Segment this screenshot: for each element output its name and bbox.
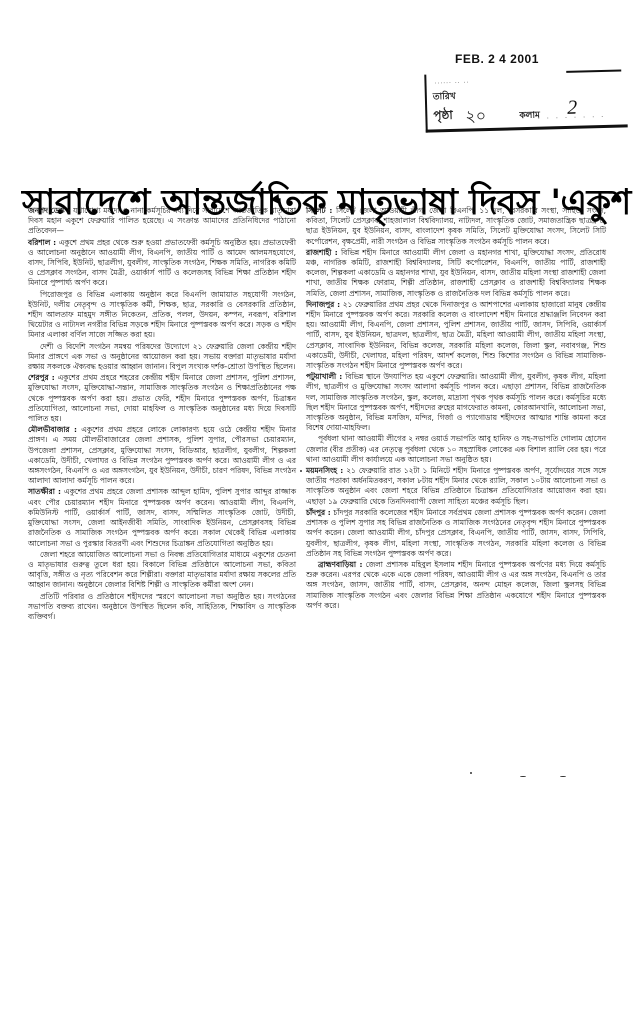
paragraph-dateline: মৌলভীবাজার :	[28, 425, 77, 434]
article-paragraph: পটুয়াখালী : বিভিন্ন স্থানে উদযাপিত হয় …	[306, 372, 606, 433]
paragraph-dateline: সাতক্ষীরা :	[28, 487, 61, 496]
paragraph-text: একুশের প্রথম প্রহরে জেলা প্রশাসক আব্দুল …	[28, 487, 296, 547]
paragraph-dateline: ময়মনসিংহ :	[306, 466, 343, 475]
article-paragraph: জনপদ ডেস্ক : যথাযোগ্য মর্যাদা ও নানা কর্…	[28, 206, 296, 237]
paragraph-text: ২১ ফেব্রুয়ারির প্রথম প্রহর থেকে দিনাজপু…	[306, 300, 606, 370]
paragraph-dateline: জনপদ ডেস্ক :	[28, 206, 70, 215]
reference-header-text: ...... .. ..	[434, 77, 469, 85]
paragraph-dateline: রাজশাহী :	[306, 248, 338, 257]
article-column-right: সিলেট : সিলেট জেলা আওয়ামী লীগ, জেলা বিএ…	[306, 206, 606, 612]
article-paragraph: দিনাজপুর : ২১ ফেব্রুয়ারির প্রথম প্রহর থ…	[306, 300, 606, 371]
paragraph-text: পূর্বধলা থানা আওয়ামী লীগের ২ নম্বর ওয়া…	[306, 434, 606, 463]
reference-underline	[566, 69, 621, 72]
paragraph-text: ২১ ফেব্রুয়ারি রাত ১২টা ১ মিনিটে শহীদ মি…	[306, 466, 606, 506]
reference-page-label: পৃষ্ঠা	[433, 107, 453, 128]
article-paragraph: জেলা শহরে আয়োজিত আলোচনা সভা ও নিবন্ধ প্…	[28, 550, 296, 591]
article-paragraph: পিরোজপুর ও বিভিন্ন এলাকায় অনুষ্ঠান করে …	[28, 290, 296, 341]
reference-date-label: তারিখ	[433, 89, 456, 105]
paragraph-text: একুশের প্রথম প্রহরে শহরের কেন্দ্রীয় শহী…	[28, 373, 296, 423]
article-paragraph: প্রতিটি পরিবার ও প্রতিষ্ঠানে শহীদদের স্ম…	[28, 592, 296, 623]
article-paragraph: মৌলভীবাজার : একুশের প্রথম প্রহরে লোকে লো…	[28, 425, 296, 486]
received-date-stamp: FEB. 2 4 2001	[455, 52, 539, 66]
article-paragraph: ব্রাহ্মণবাড়িয়া : জেলা প্রশাসক মহিবুল ই…	[306, 560, 606, 611]
article-paragraph: চাঁদপুর : চাঁদপুর সরকারি কলেজের শহীদ মিন…	[306, 508, 606, 559]
scan-speck	[300, 470, 302, 472]
paragraph-text: প্রতিটি পরিবার ও প্রতিষ্ঠানে শহীদদের স্ম…	[28, 592, 296, 621]
paragraph-text: সিলেট জেলা আওয়ামী লীগ, জেলা বিএনপি, ১১ …	[306, 206, 606, 246]
paragraph-text: একুশের প্রথম প্রহরে লোকে লোকারণ্য হয়ে ও…	[28, 425, 296, 485]
paragraph-text: চাঁদপুর সরকারি কলেজের শহীদ মিনারে সর্বপ্…	[306, 508, 606, 558]
paragraph-dateline: দিনাজপুর :	[306, 300, 340, 309]
article-paragraph: সাতক্ষীরা : একুশের প্রথম প্রহরে জেলা প্র…	[28, 487, 296, 548]
paragraph-text: জেলা শহরে আয়োজিত আলোচনা সভা ও নিবন্ধ প্…	[28, 550, 296, 590]
clipping-reference-box: ...... .. .. তারিখ পৃষ্ঠা ২০ কলাম 2 . . …	[424, 69, 627, 132]
paragraph-text: একুশে প্রথম প্রহর থেকে শুরু হওয়া প্রভাত…	[28, 238, 296, 288]
reference-page-number: ২০	[465, 103, 487, 131]
article-paragraph: শেরপুর : একুশের প্রথম প্রহরে শহরের কেন্দ…	[28, 373, 296, 424]
article-paragraph: ময়মনসিংহ : ২১ ফেব্রুয়ারি রাত ১২টা ১ মি…	[306, 466, 606, 507]
scan-speck	[470, 772, 472, 774]
scan-speck	[520, 776, 526, 777]
paragraph-dateline: চাঁদপুর :	[306, 508, 331, 517]
article-body: জনপদ ডেস্ক : যথাযোগ্য মর্যাদা ও নানা কর্…	[28, 206, 634, 766]
article-paragraph: বরিশাল : একুশে প্রথম প্রহর থেকে শুরু হওয…	[28, 238, 296, 289]
article-paragraph: রাজশাহী : বিভিন্ন শহীদ মিনারে আওয়ামী লী…	[306, 248, 606, 299]
paragraph-text: বিভিন্ন শহীদ মিনারে আওয়ামী লীগ জেলা ও ম…	[306, 248, 606, 298]
paragraph-text: দেশী ও বিদেশি সংগঠন সমন্বয় পরিষদের উদ্য…	[28, 342, 296, 371]
article-column-left: জনপদ ডেস্ক : যথাযোগ্য মর্যাদা ও নানা কর্…	[28, 206, 296, 623]
article-paragraph: পূর্বধলা থানা আওয়ামী লীগের ২ নম্বর ওয়া…	[306, 434, 606, 465]
paragraph-text: পিরোজপুর ও বিভিন্ন এলাকায় অনুষ্ঠান করে …	[28, 290, 296, 340]
paragraph-text: বিভিন্ন স্থানে উদযাপিত হয় একুশে ফেব্রুয…	[306, 372, 606, 432]
paragraph-dateline: পটুয়াখালী :	[306, 372, 342, 381]
article-paragraph: দেশী ও বিদেশি সংগঠন সমন্বয় পরিষদের উদ্য…	[28, 342, 296, 373]
scan-speck	[560, 776, 566, 777]
paragraph-dateline: সিলেট :	[306, 206, 332, 215]
paragraph-dateline: ব্রাহ্মণবাড়িয়া :	[318, 560, 362, 569]
paragraph-dateline: বরিশাল :	[28, 238, 56, 247]
paragraph-dateline: শেরপুর :	[28, 373, 55, 382]
article-paragraph: সিলেট : সিলেট জেলা আওয়ামী লীগ, জেলা বিএ…	[306, 206, 606, 247]
reference-dotted-line: . . . . . . . .	[537, 110, 605, 121]
